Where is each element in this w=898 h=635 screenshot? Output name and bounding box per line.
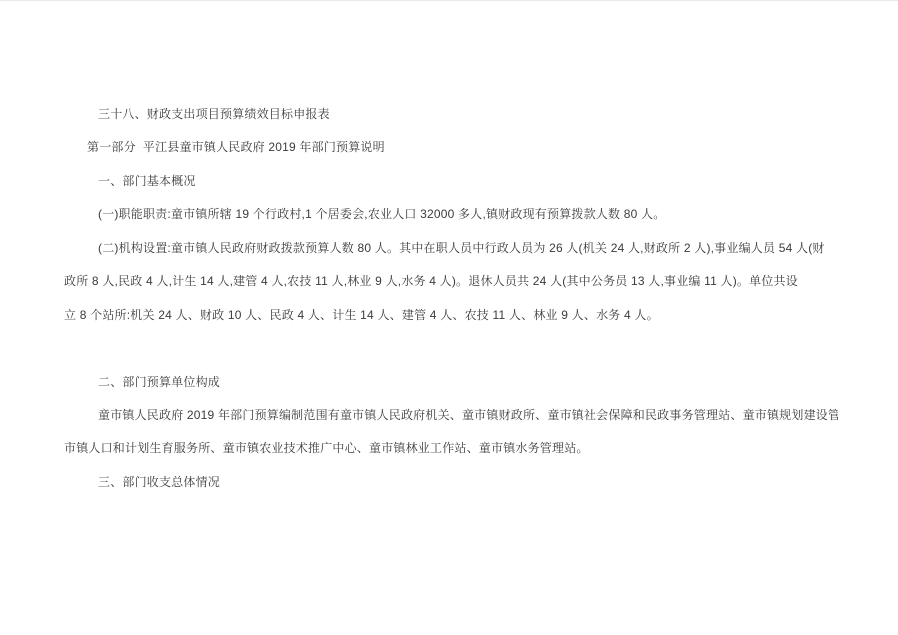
para-org-setup-line2: 政所 8 人,民政 4 人,计生 14 人,建管 4 人,农技 11 人,林业 … [64,265,838,298]
para-duties: (一)职能职责:童市镇所辖 19 个行政村,1 个居委会,农业人口 32000 … [64,198,838,231]
para-budget-units-line1: 童市镇人民政府 2019 年部门预算编制范围有童市镇人民政府机关、童市镇财政所、… [64,399,838,432]
report-table-heading: 三十八、财政支出项目预算绩效目标申报表 [64,98,838,131]
para-org-setup-line3: 立 8 个站所:机关 24 人、财政 10 人、民政 4 人、计生 14 人、建… [64,299,838,332]
document-body: 三十八、财政支出项目预算绩效目标申报表 第一部分 平江县童市镇人民政府 2019… [64,98,838,499]
para-org-setup-line1: (二)机构设置:童市镇人民政府财政拨款预算人数 80 人。其中在职人员中行政人员… [64,232,838,265]
part1-heading: 第一部分 平江县童市镇人民政府 2019 年部门预算说明 [64,131,838,164]
para-budget-units-line2: 市镇人口和计划生育服务所、童市镇农业技术推广中心、童市镇林业工作站、童市镇水务管… [64,432,838,465]
section1-heading: 一、部门基本概况 [64,165,838,198]
document-page: 三十八、财政支出项目预算绩效目标申报表 第一部分 平江县童市镇人民政府 2019… [0,0,898,635]
section3-heading: 三、部门收支总体情况 [64,466,838,499]
section2-heading: 二、部门预算单位构成 [64,366,838,399]
